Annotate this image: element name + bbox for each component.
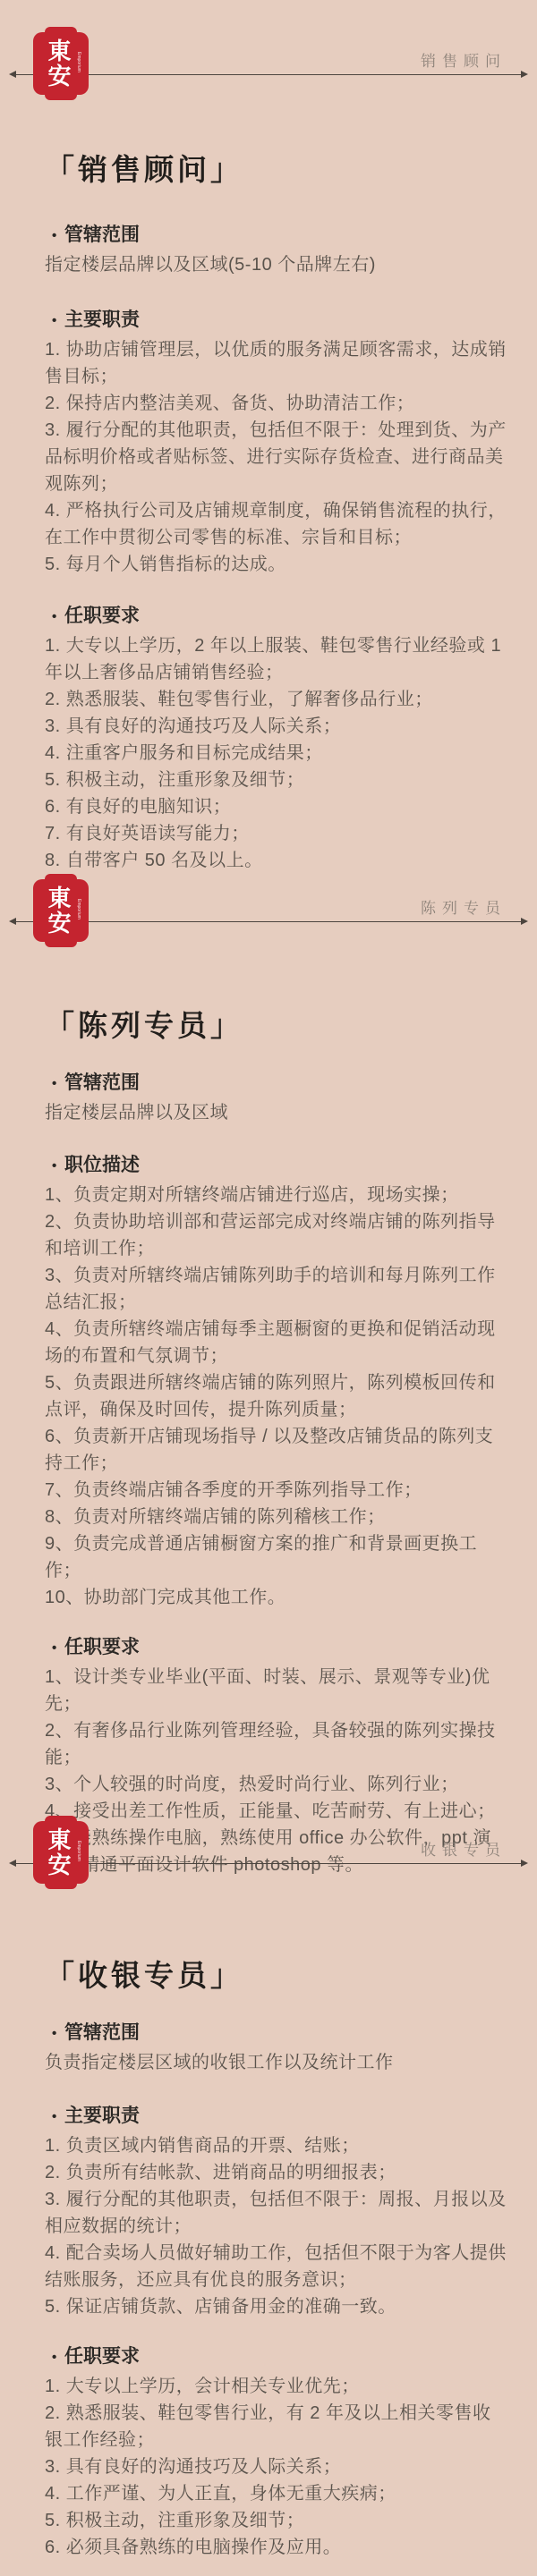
list-item: 3. 履行分配的其他职责，包括但不限于：处理到货、为产品标明价格或者贴标签、进行… [45, 417, 507, 497]
logo-subtext: Emporium [76, 899, 81, 919]
list-item: 1、负责定期对所辖终端店铺进行巡店，现场实操； [45, 1182, 507, 1208]
list-item: 9、负责完成普通店铺橱窗方案的推广和背景画更换工作； [45, 1530, 507, 1584]
page-title: 「陈列专员」 [45, 859, 507, 1046]
header-label: 销售顾问 [421, 48, 507, 71]
list-item: 3. 具有良好的沟通技巧及人际关系； [45, 713, 507, 740]
block-heading-text: 管辖范围 [64, 225, 140, 245]
list-item: 4. 配合卖场人员做好辅助工作，包括但不限于为客人提供结账服务，还应具有优良的服… [45, 2240, 507, 2293]
bullet-icon: • [52, 2021, 64, 2047]
list-item: 1. 协助店铺管理层，以优质的服务满足顾客需求，达成销售目标； [45, 336, 507, 390]
list-item: 6. 必须具备熟练的电脑操作及应用。 [45, 2534, 507, 2561]
logo-cap-bottom [45, 936, 77, 947]
list-item: 2、有奢侈品行业陈列管理经验，具备较强的陈列实操技能； [45, 1717, 507, 1771]
header-label: 收银专员 [421, 1837, 507, 1860]
arrow-right-icon [521, 918, 528, 925]
block-description: •职位描述 1、负责定期对所辖终端店铺进行巡店，现场实操； 2、负责协助培训部和… [45, 1152, 507, 1611]
list-item: 4. 工作严谨、为人正直，身体无重大疾病； [45, 2480, 507, 2507]
list-item: 5. 每月个人销售指标的达成。 [45, 551, 507, 578]
list-item: 2、负责协助培训部和营运部完成对终端店铺的陈列指导和培训工作； [45, 1208, 507, 1262]
bullet-icon: • [52, 1153, 64, 1180]
logo-subtext: Emporium [76, 1841, 81, 1861]
arrow-left-icon [9, 71, 16, 78]
list-item: 8、负责对所辖终端店铺的陈列稽核工作； [45, 1504, 507, 1530]
block-heading: •任职要求 [45, 1634, 507, 1662]
arrow-right-icon [521, 71, 528, 78]
bullet-icon: • [52, 2104, 64, 2131]
list-item: 负责指定楼层区域的收银工作以及统计工作 [45, 2049, 507, 2076]
block-requirements: •任职要求 1. 大专以上学历，会计相关专业优先； 2. 熟悉服装、鞋包零售行业… [45, 2343, 507, 2561]
page-title: 「收银专员」 [45, 1789, 507, 1996]
bullet-icon: • [52, 308, 64, 335]
list-item: 2. 保持店内整洁美观、备货、协助清洁工作； [45, 390, 507, 417]
block-heading-text: 主要职责 [64, 2106, 140, 2126]
list-item: 1、设计类专业毕业(平面、时装、展示、景观等专业)优先； [45, 1664, 507, 1717]
logo-cap-bottom [45, 1878, 77, 1889]
block-heading: •职位描述 [45, 1152, 507, 1180]
dongan-lantern-logo: 東安 Emporium [33, 27, 89, 100]
block-heading-text: 管辖范围 [64, 2022, 140, 2043]
arrow-left-icon [9, 1860, 16, 1867]
arrow-right-icon [521, 1860, 528, 1867]
list-item: 指定楼层品牌以及区域 [45, 1099, 507, 1126]
list-item: 5. 积极主动，注重形象及细节； [45, 2507, 507, 2534]
block-heading-text: 管辖范围 [64, 1072, 140, 1093]
list-item: 6. 有良好的电脑知识； [45, 793, 507, 820]
list-item: 4. 注重客户服务和目标完成结果； [45, 740, 507, 767]
bullet-icon: • [52, 1071, 64, 1097]
bullet-icon: • [52, 223, 64, 250]
list-item: 2. 熟悉服装、鞋包零售行业，有 2 年及以上相关零售收银工作经验； [45, 2400, 507, 2453]
list-item: 6、负责新开店铺现场指导 / 以及整改店铺货品的陈列支持工作； [45, 1423, 507, 1477]
block-scope: •管辖范围 负责指定楼层区域的收银工作以及统计工作 [45, 2020, 507, 2076]
logo-text: 東安 [47, 885, 70, 936]
logo-text: 東安 [47, 38, 70, 89]
block-heading-text: 职位描述 [64, 1155, 140, 1175]
logo-body: 東安 Emporium [33, 32, 89, 95]
header-label: 陈列专员 [421, 895, 507, 918]
logo-subtext: Emporium [76, 52, 81, 72]
block-heading: •管辖范围 [45, 2020, 507, 2047]
list-item: 指定楼层品牌以及区域(5-10 个品牌左右) [45, 251, 507, 278]
block-scope: •管辖范围 指定楼层品牌以及区域(5-10 个品牌左右) [45, 222, 507, 278]
list-item: 5、负责跟进所辖终端店铺的陈列照片，陈列模板回传和点评，确保及时回传，提升陈列质… [45, 1369, 507, 1423]
bullet-icon: • [52, 604, 64, 631]
block-responsibilities: •主要职责 1. 负责区域内销售商品的开票、结账； 2. 负责所有结帐款、进销商… [45, 2103, 507, 2320]
list-item: 2. 负责所有结帐款、进销商品的明细报表； [45, 2159, 507, 2186]
page-title: 「销售顾问」 [45, 0, 507, 190]
logo-cap-bottom [45, 89, 77, 100]
logo-text: 東安 [47, 1827, 70, 1877]
dongan-lantern-logo: 東安 Emporium [33, 874, 89, 947]
block-requirements: •任职要求 1. 大专以上学历，2 年以上服装、鞋包零售行业经验或 1 年以上奢… [45, 603, 507, 874]
list-item: 5. 积极主动，注重形象及细节； [45, 767, 507, 793]
block-heading: •管辖范围 [45, 222, 507, 250]
section-cashier-specialist: 收银专员 東安 Emporium 「收银专员」 •管辖范围 负责指定楼层区域的收… [0, 1789, 537, 2576]
list-item: 3. 履行分配的其他职责，包括但不限于：周报、月报以及相应数据的统计； [45, 2186, 507, 2240]
block-heading-text: 主要职责 [64, 309, 140, 330]
arrow-left-icon [9, 918, 16, 925]
block-heading: •管辖范围 [45, 1070, 507, 1097]
list-item: 1. 负责区域内销售商品的开票、结账； [45, 2132, 507, 2159]
list-item: 1. 大专以上学历，2 年以上服装、鞋包零售行业经验或 1 年以上奢侈品店铺销售… [45, 632, 507, 686]
list-item: 10、协助部门完成其他工作。 [45, 1584, 507, 1611]
dongan-lantern-logo: 東安 Emporium [33, 1816, 89, 1889]
logo-body: 東安 Emporium [33, 1821, 89, 1884]
logo-body: 東安 Emporium [33, 879, 89, 942]
list-item: 3. 具有良好的沟通技巧及人际关系； [45, 2453, 507, 2480]
block-heading: •任职要求 [45, 603, 507, 631]
list-item: 3、负责对所辖终端店铺陈列助手的培训和每月陈列工作总结汇报； [45, 1262, 507, 1316]
section-display-specialist: 陈列专员 東安 Emporium 「陈列专员」 •管辖范围 指定楼层品牌以及区域… [0, 859, 537, 1789]
block-heading: •任职要求 [45, 2343, 507, 2371]
block-responsibilities: •主要职责 1. 协助店铺管理层，以优质的服务满足顾客需求，达成销售目标； 2.… [45, 307, 507, 578]
block-heading-text: 任职要求 [64, 606, 140, 626]
block-scope: •管辖范围 指定楼层品牌以及区域 [45, 1070, 507, 1126]
block-heading: •主要职责 [45, 2103, 507, 2131]
block-heading-text: 任职要求 [64, 2346, 140, 2367]
block-heading-text: 任职要求 [64, 1637, 140, 1657]
bullet-icon: • [52, 2344, 64, 2371]
bullet-icon: • [52, 1635, 64, 1662]
list-item: 4. 严格执行公司及店铺规章制度，确保销售流程的执行，在工作中贯彻公司零售的标准… [45, 497, 507, 551]
list-item: 7、负责终端店铺各季度的开季陈列指导工作； [45, 1477, 507, 1504]
list-item: 1. 大专以上学历，会计相关专业优先； [45, 2373, 507, 2400]
section-sales-consultant: 销售顾问 東安 Emporium 「销售顾问」 •管辖范围 指定楼层品牌以及区域… [0, 0, 537, 859]
list-item: 7. 有良好英语读写能力； [45, 820, 507, 847]
list-item: 5. 保证店铺货款、店铺备用金的准确一致。 [45, 2293, 507, 2320]
list-item: 2. 熟悉服装、鞋包零售行业，了解奢侈品行业； [45, 686, 507, 713]
block-heading: •主要职责 [45, 307, 507, 335]
list-item: 4、负责所辖终端店铺每季主题橱窗的更换和促销活动现场的布置和气氛调节； [45, 1316, 507, 1369]
